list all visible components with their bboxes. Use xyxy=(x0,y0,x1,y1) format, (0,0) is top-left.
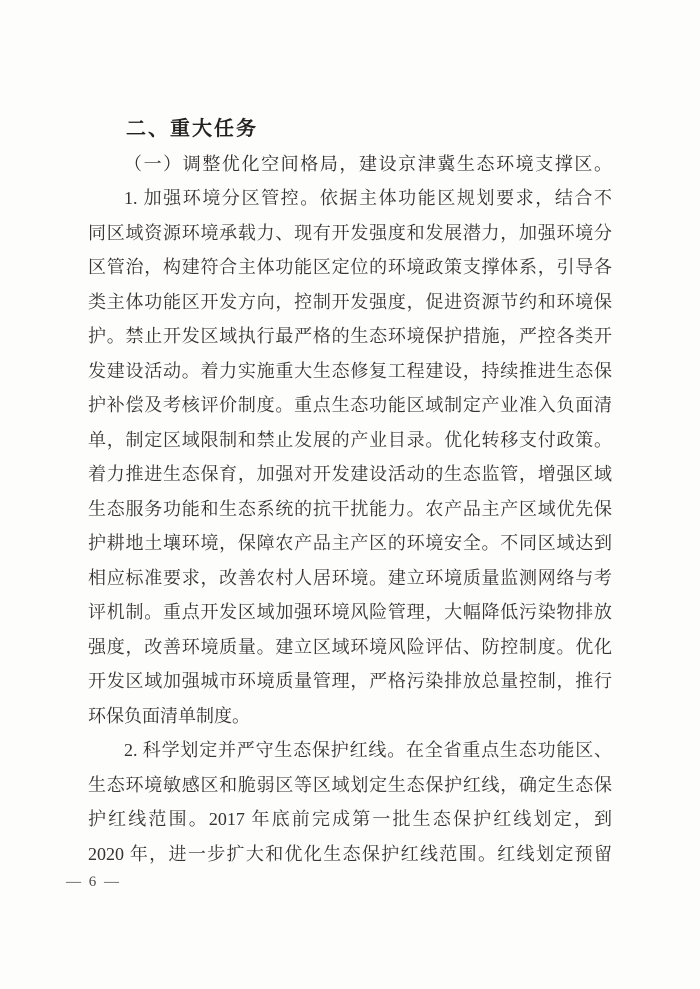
text-line: 护补偿及考核评价制度。重点生态功能区域制定产业准入负面清 xyxy=(88,388,612,423)
text-line: 强度，改善环境质量。建立区域环境风险评估、防控制度。优化 xyxy=(88,630,612,665)
text-line: 1. 加强环境分区管控。依据主体功能区规划要求，结合不 xyxy=(88,181,612,216)
document-page: 二、重大任务 （一）调整优化空间格局，建设京津冀生态环境支撑区。 1. 加强环境… xyxy=(0,0,700,989)
paragraph: 2. 科学划定并严守生态保护红线。在全省重点生态功能区、生态环境敏感区和脆弱区等… xyxy=(88,733,612,871)
paragraph: 1. 加强环境分区管控。依据主体功能区规划要求，结合不同区域资源环境承载力、现有… xyxy=(88,181,612,733)
text-line: 评机制。重点开发区域加强环境风险管理，大幅降低污染物排放 xyxy=(88,595,612,630)
text-line: 生态服务功能和生态系统的抗干扰能力。农产品主产区域优先保 xyxy=(88,492,612,527)
section-heading: 二、重大任务 xyxy=(88,112,612,147)
text-line: 开发区域加强城市环境质量管理，严格污染排放总量控制，推行 xyxy=(88,664,612,699)
text-line: 着力推进生态保育，加强对开发建设活动的生态监管，增强区域 xyxy=(88,457,612,492)
text-line: 护红线范围。2017 年底前完成第一批生态保护红线划定，到 xyxy=(88,802,612,837)
text-line: 发建设活动。着力实施重大生态修复工程建设，持续推进生态保 xyxy=(88,354,612,389)
text-line: 单，制定区域限制和禁止发展的产业目录。优化转移支付政策。 xyxy=(88,423,612,458)
text-line: 相应标准要求，改善农村人居环境。建立环境质量监测网络与考 xyxy=(88,561,612,596)
text-line: 护耕地土壤环境，保障农产品主产区的环境安全。不同区域达到 xyxy=(88,526,612,561)
subsection-heading: （一）调整优化空间格局，建设京津冀生态环境支撑区。 xyxy=(88,147,612,182)
text-line: 环保负面清单制度。 xyxy=(88,699,612,734)
text-line: 生态环境敏感区和脆弱区等区域划定生态保护红线，确定生态保 xyxy=(88,768,612,803)
paragraphs-container: 1. 加强环境分区管控。依据主体功能区规划要求，结合不同区域资源环境承载力、现有… xyxy=(88,181,612,871)
text-line: 2. 科学划定并严守生态保护红线。在全省重点生态功能区、 xyxy=(88,733,612,768)
page-number: — 6 — xyxy=(66,872,121,892)
text-line: 同区域资源环境承载力、现有开发强度和发展潜力，加强环境分 xyxy=(88,216,612,251)
text-line: 区管治，构建符合主体功能区定位的环境政策支撑体系，引导各 xyxy=(88,250,612,285)
text-line: 2020 年，进一步扩大和优化生态保护红线范围。红线划定预留 xyxy=(88,837,612,872)
document-content: 二、重大任务 （一）调整优化空间格局，建设京津冀生态环境支撑区。 1. 加强环境… xyxy=(88,112,612,871)
text-line: 类主体功能区开发方向，控制开发强度，促进资源节约和环境保 xyxy=(88,285,612,320)
text-line: 护。禁止开发区域执行最严格的生态环境保护措施，严控各类开 xyxy=(88,319,612,354)
